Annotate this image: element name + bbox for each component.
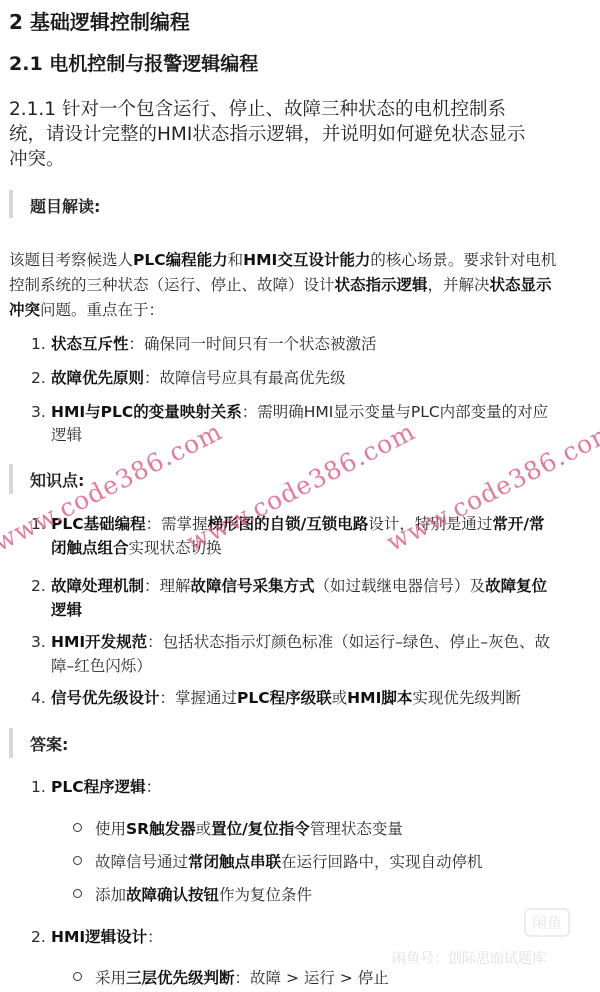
blockquote-bar xyxy=(9,464,13,494)
hollow-bullet-icon xyxy=(73,972,82,981)
blockquote-bar xyxy=(9,190,13,218)
app-id-watermark: 闲鱼号：创际思面试题库 xyxy=(392,948,546,968)
list-number: 2. xyxy=(31,577,51,595)
bullet-text: 采用三层优先级判断：故障 > 运行 > 停止 xyxy=(95,969,389,987)
list-number: 4. xyxy=(31,689,51,707)
section-label: HMI逻辑设计： xyxy=(51,928,163,946)
bullet-text: 故障信号通过常闭触点串联在运行回路中，实现自动停机 xyxy=(95,853,483,871)
question-line-3: 冲突。 xyxy=(9,145,65,171)
knowledge-item-1: 1.PLC基础编程：需掌握梯形图的自锁/互锁电路设计，特别是通过常开/常 xyxy=(31,512,545,534)
list-number: 3. xyxy=(31,403,51,421)
knowledge-item-1-cont: 闭触点组合实现状态切换 xyxy=(51,536,222,558)
interpretation-para-line-2: 控制系统的三种状态（运行、停止、故障）设计状态指示逻辑，并解决状态显示 xyxy=(9,273,552,295)
interpretation-item-1: 1.状态互斥性：确保同一时间只有一个状态被激活 xyxy=(31,332,377,354)
list-number: 3. xyxy=(31,633,51,651)
list-number: 1. xyxy=(31,335,51,353)
list-number: 1. xyxy=(31,778,51,796)
interpretation-para-line-3: 冲突问题。重点在于： xyxy=(9,298,164,320)
answer-section-2: 2.HMI逻辑设计： xyxy=(31,925,163,947)
answer-bullet-2-1: 采用三层优先级判断：故障 > 运行 > 停止 xyxy=(73,966,389,988)
question-line-2: 统，请设计完整的HMI状态指示逻辑，并说明如何避免状态显示 xyxy=(9,120,525,146)
subsection-title: 2.1 电机控制与报警逻辑编程 xyxy=(9,49,258,76)
answer-bullet-1-1: 使用SR触发器或置位/复位指令管理状态变量 xyxy=(73,817,403,839)
answer-bullet-1-2: 故障信号通过常闭触点串联在运行回路中，实现自动停机 xyxy=(73,850,483,872)
interpretation-item-3: 3.HMI与PLC的变量映射关系：需明确HMI显示变量与PLC内部变量的对应 xyxy=(31,400,548,422)
list-number: 2. xyxy=(31,928,51,946)
interpretation-para-line-1: 该题目考察候选人PLC编程能力和HMI交互设计能力的核心场景。要求针对电机 xyxy=(9,248,556,270)
hollow-bullet-icon xyxy=(73,856,82,865)
list-item-text: PLC基础编程：需掌握梯形图的自锁/互锁电路设计，特别是通过常开/常 xyxy=(51,515,545,533)
knowledge-item-4: 4.信号优先级设计：掌握通过PLC程序级联或HMI脚本实现优先级判断 xyxy=(31,686,521,708)
question-line-1: 2.1.1 针对一个包含运行、停止、故障三种状态的电机控制系 xyxy=(9,95,506,121)
answer-section-1: 1.PLC程序逻辑： xyxy=(31,775,161,797)
list-item-text: 信号优先级设计：掌握通过PLC程序级联或HMI脚本实现优先级判断 xyxy=(51,689,521,707)
interpretation-item-2: 2.故障优先原则：故障信号应具有最高优先级 xyxy=(31,366,346,388)
section-title: 2 基础逻辑控制编程 xyxy=(9,6,190,35)
knowledge-title: 知识点: xyxy=(30,468,84,491)
hollow-bullet-icon xyxy=(73,823,82,832)
list-item-text: 故障处理机制：理解故障信号采集方式（如过载继电器信号）及故障复位 xyxy=(51,577,547,595)
hollow-bullet-icon xyxy=(73,889,82,898)
list-number: 1. xyxy=(31,515,51,533)
section-label: PLC程序逻辑： xyxy=(51,778,161,796)
bullet-text: 使用SR触发器或置位/复位指令管理状态变量 xyxy=(95,820,403,838)
interpretation-title: 题目解读: xyxy=(30,194,100,217)
blockquote-bar xyxy=(9,728,13,758)
knowledge-item-3-cont: 障–红色闪烁） xyxy=(51,654,152,676)
knowledge-item-3: 3.HMI开发规范：包括状态指示灯颜色标准（如运行–绿色、停止–灰色、故 xyxy=(31,630,550,652)
list-item-text: HMI开发规范：包括状态指示灯颜色标准（如运行–绿色、停止–灰色、故 xyxy=(51,633,550,651)
app-badge-watermark: 闲鱼 xyxy=(524,908,570,937)
site-watermark: www.code386.com xyxy=(382,417,600,557)
knowledge-item-2: 2.故障处理机制：理解故障信号采集方式（如过载继电器信号）及故障复位 xyxy=(31,574,547,596)
list-number: 2. xyxy=(31,369,51,387)
list-item-text: HMI与PLC的变量映射关系：需明确HMI显示变量与PLC内部变量的对应 xyxy=(51,403,548,421)
list-item-text: 故障优先原则：故障信号应具有最高优先级 xyxy=(51,369,346,387)
interpretation-item-3-cont: 逻辑 xyxy=(51,423,82,445)
list-item-text: 状态互斥性：确保同一时间只有一个状态被激活 xyxy=(51,335,377,353)
answer-bullet-1-3: 添加故障确认按钮作为复位条件 xyxy=(73,883,312,905)
bullet-text: 添加故障确认按钮作为复位条件 xyxy=(95,886,312,904)
knowledge-item-2-cont: 逻辑 xyxy=(51,598,82,620)
answer-title: 答案: xyxy=(30,732,68,755)
